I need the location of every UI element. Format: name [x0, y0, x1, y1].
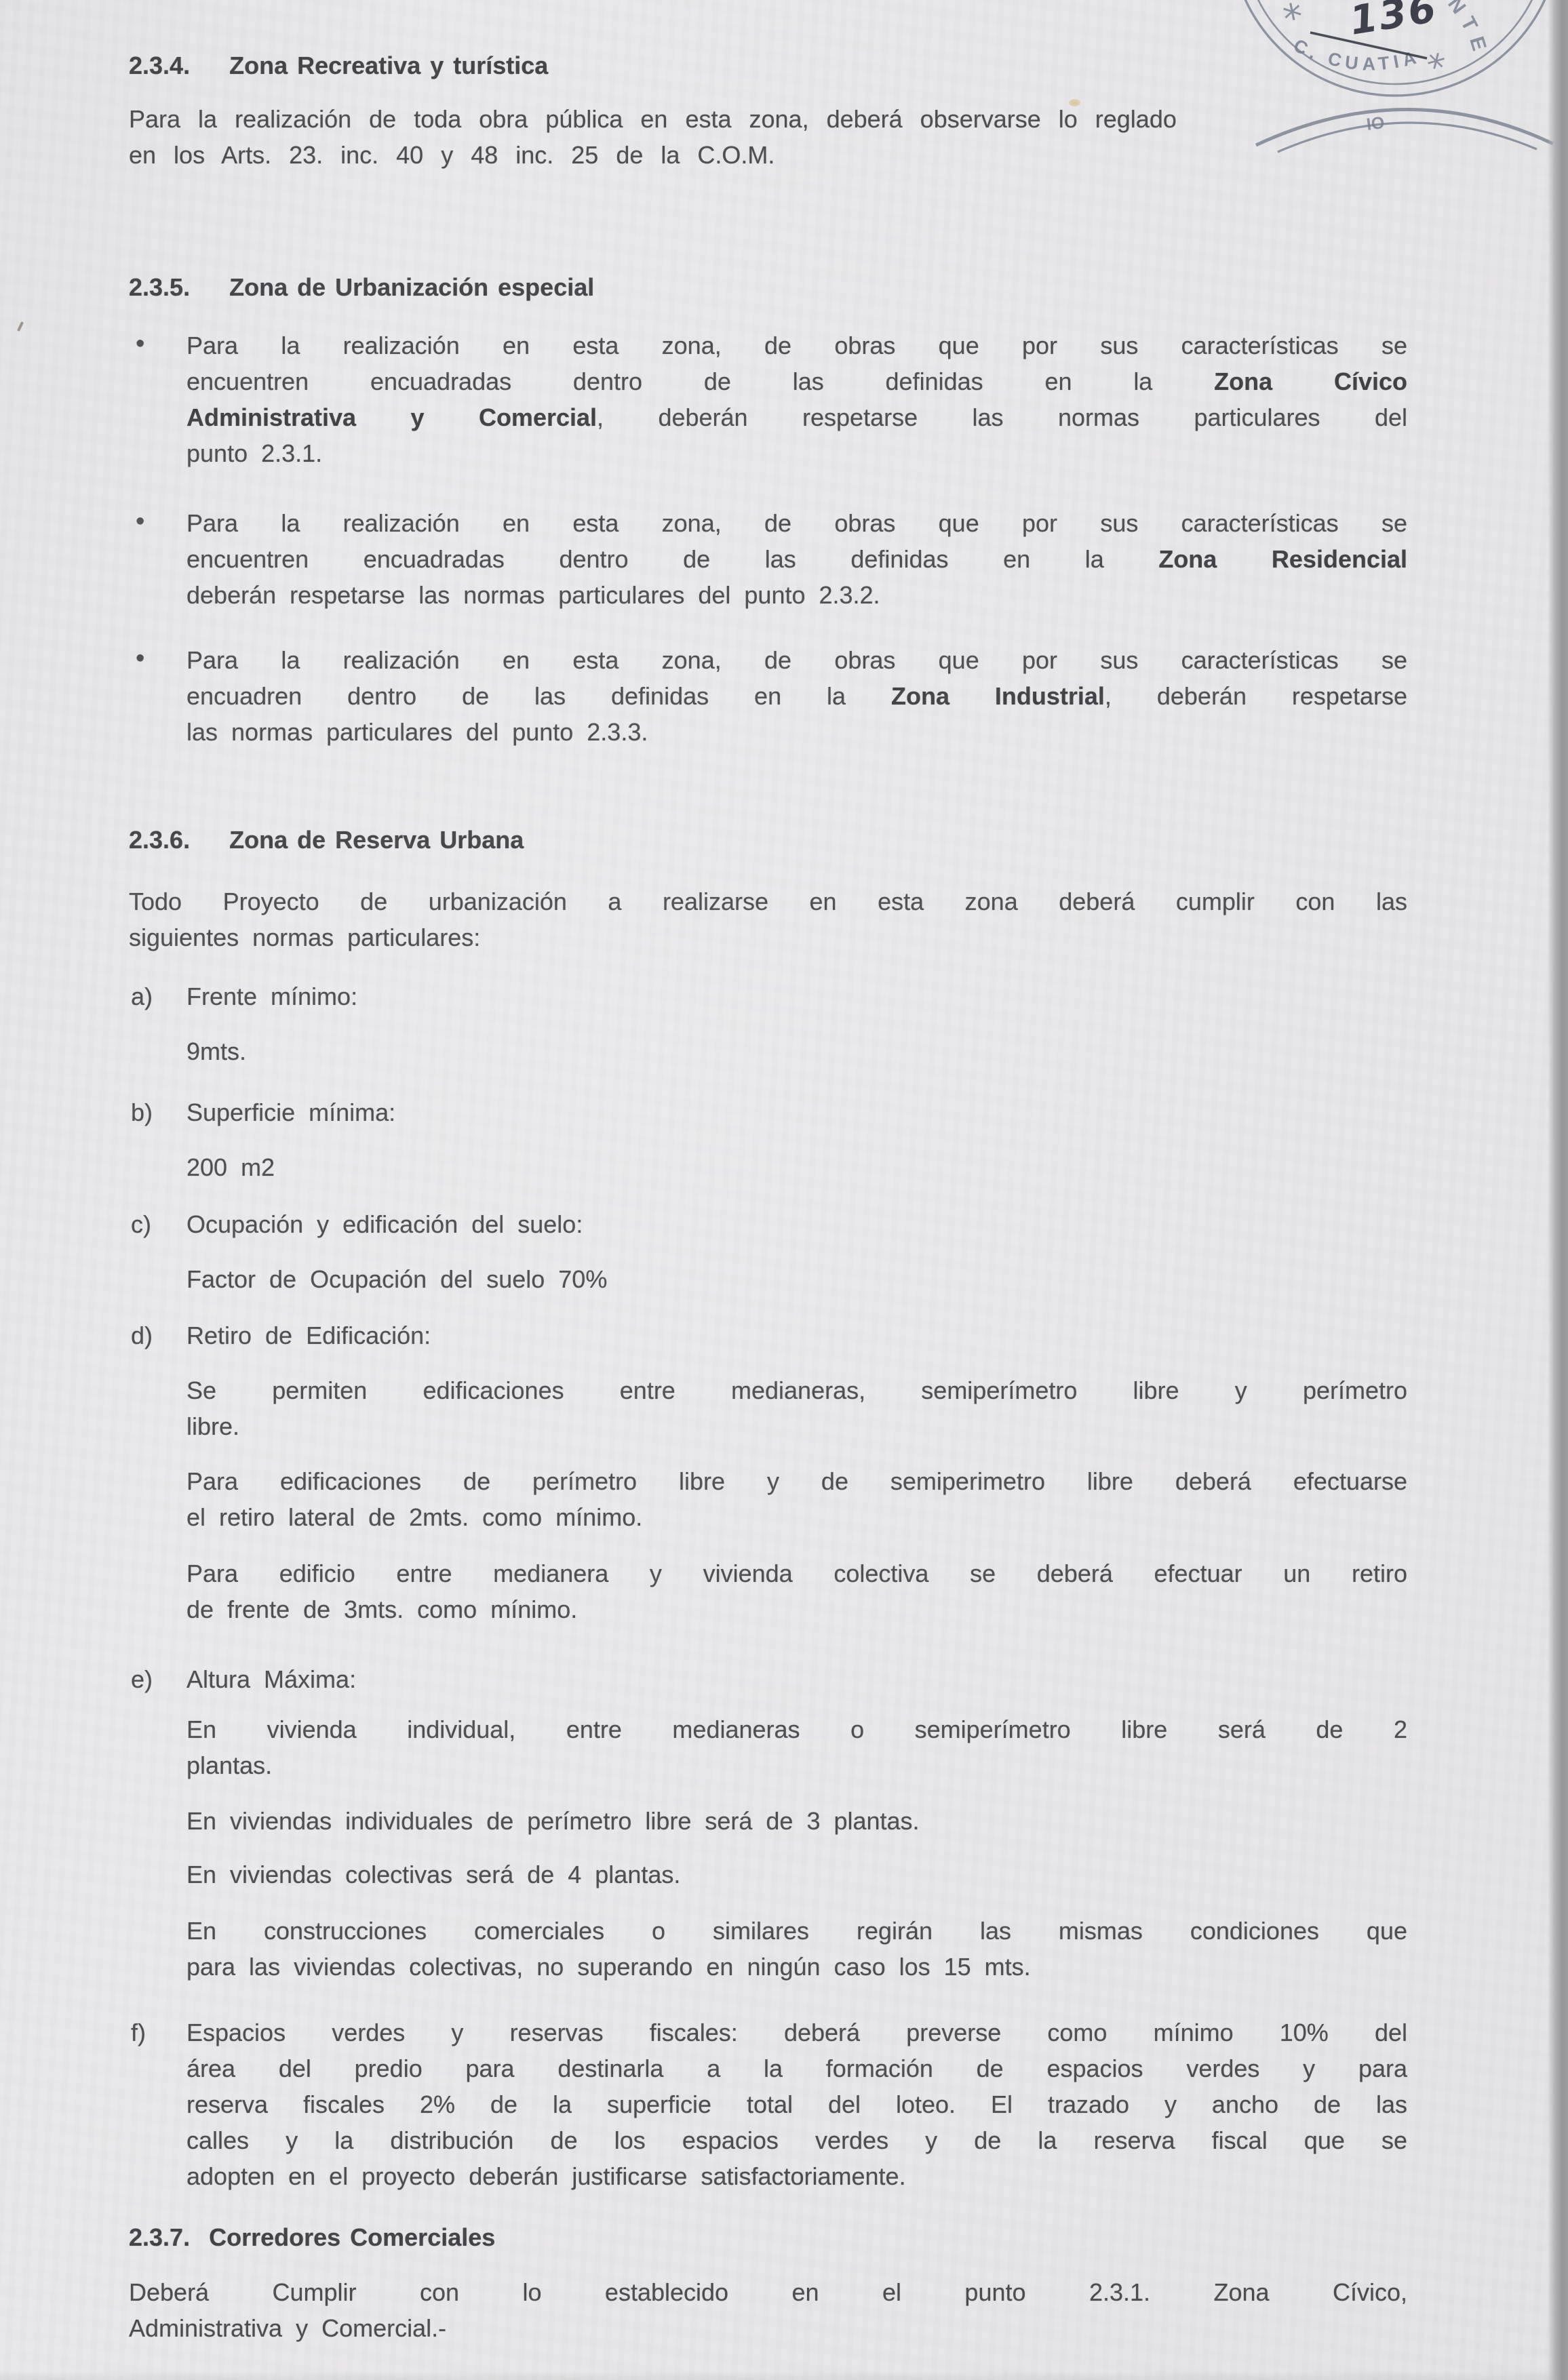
second-stamp-arc-outer — [1256, 109, 1553, 145]
paragraph-line: En construcciones comerciales o similare… — [187, 1913, 1407, 1949]
paragraph-234: Para la realización de toda obra pública… — [129, 101, 1282, 173]
paper-mark — [17, 321, 24, 332]
list-letter: e) — [131, 1661, 153, 1697]
paragraph-line: Para la realización en esta zona, de obr… — [187, 328, 1407, 363]
paragraph-line: Se permiten edificaciones entre medianer… — [187, 1372, 1407, 1408]
paragraph-line: en los Arts. 23. inc. 40 y 48 inc. 25 de… — [129, 137, 1282, 173]
section-number: 2.3.7. — [129, 2219, 190, 2255]
scan-page-edge — [1548, 0, 1568, 2380]
paragraph-line: Para edificio entre medianera y vivienda… — [187, 1555, 1407, 1591]
document-body: 2.3.4. Zona Recreativa y turística Para … — [129, 47, 1407, 2346]
bullet-item: • Para la realización en esta zona, de o… — [129, 505, 1407, 613]
second-stamp-arc-inner — [1278, 123, 1537, 152]
list-label: Superficie mínima: — [187, 1094, 1407, 1130]
paragraph-line: de frente de 3mts. como mínimo. — [187, 1591, 1407, 1627]
scanned-page: { "colors": { "paper": "#e9e8ea", "ink":… — [0, 0, 1568, 2380]
section-heading-235: 2.3.5. Zona de Urbanización especial — [129, 269, 1407, 305]
list-paragraph: En viviendas individuales de perímetro l… — [187, 1803, 1407, 1839]
paragraph-237: Deberá Cumplir con lo establecido en el … — [129, 2274, 1407, 2346]
section-number: 2.3.6. — [129, 822, 190, 858]
section-heading-234: 2.3.4. Zona Recreativa y turística — [129, 47, 1407, 83]
paragraph-line: punto 2.3.1. — [187, 435, 1407, 471]
section-title: Zona de Urbanización especial — [229, 273, 594, 301]
section-title: Corredores Comerciales — [209, 2223, 495, 2251]
list-paragraph: Para edificaciones de perímetro libre y … — [187, 1463, 1407, 1535]
paper-speck — [1069, 99, 1080, 106]
list-item-d: d) Retiro de Edificación: Se permiten ed… — [129, 1317, 1407, 1627]
paragraph-line: Para edificaciones de perímetro libre y … — [187, 1463, 1407, 1499]
list-letter: f) — [131, 2015, 146, 2050]
paragraph-line: Todo Proyecto de urbanización a realizar… — [129, 884, 1407, 919]
paragraph-line: encuadren dentro de las definidas en la … — [187, 678, 1407, 714]
list-paragraph: En viviendas colectivas será de 4 planta… — [187, 1857, 1407, 1892]
paragraph-line: adopten en el proyecto deberán justifica… — [187, 2158, 1407, 2194]
list-label: Frente mínimo: — [187, 978, 1407, 1014]
paragraph-line: Para la realización en esta zona, de obr… — [187, 642, 1407, 678]
bullet-item: • Para la realización en esta zona, de o… — [129, 642, 1407, 750]
list-paragraph: En construcciones comerciales o similare… — [187, 1913, 1407, 1985]
handwritten-folio-number: 136 — [1347, 0, 1441, 44]
section-number: 2.3.4. — [129, 47, 190, 83]
second-stamp-fragment-text: IO — [1365, 113, 1386, 134]
list-paragraph: En vivienda individual, entre medianeras… — [187, 1711, 1407, 1783]
bullet-marker: • — [136, 326, 144, 362]
paragraph-line: Administrativa y Comercial, deberán resp… — [187, 399, 1407, 435]
paragraph-line: Administrativa y Comercial.- — [129, 2310, 1407, 2346]
paragraph-line: plantas. — [187, 1747, 1407, 1783]
official-stamp-icon: C. CUATIA NTE * * IO 136 — [1237, 0, 1556, 173]
scan-bottom-shadow — [0, 2371, 1568, 2380]
paragraph-line: Deberá Cumplir con lo establecido en el … — [129, 2274, 1407, 2310]
stamp-star-right-icon: * — [1421, 45, 1448, 90]
bullet-marker: • — [136, 641, 144, 677]
list-paragraph: Para edificio entre medianera y vivienda… — [187, 1555, 1407, 1627]
paragraph-line: calles y la distribución de los espacios… — [187, 2122, 1407, 2158]
paragraph-line: el retiro lateral de 2mts. como mínimo. — [187, 1499, 1407, 1535]
list-paragraph: Se permiten edificaciones entre medianer… — [187, 1372, 1407, 1444]
paragraph-line: encuentren encuadradas dentro de las def… — [187, 541, 1407, 577]
list-letter: d) — [131, 1317, 153, 1353]
paragraph-line: En vivienda individual, entre medianeras… — [187, 1711, 1407, 1747]
stamp-ring-text: NTE — [1443, 0, 1493, 60]
list-letter: c) — [131, 1206, 151, 1242]
section-title: Zona de Reserva Urbana — [229, 826, 524, 854]
paragraph-line: encuentren encuadradas dentro de las def… — [187, 363, 1407, 399]
paragraph-line: Para la realización en esta zona, de obr… — [187, 505, 1407, 541]
section-heading-236: 2.3.6. Zona de Reserva Urbana — [129, 822, 1407, 858]
paragraph-line: reserva fiscales 2% de la superficie tot… — [187, 2086, 1407, 2122]
list-item-f: f) Espacios verdes y reservas fiscales: … — [129, 2015, 1407, 2194]
list-value: Factor de Ocupación del suelo 70% — [187, 1261, 1407, 1297]
section-number: 2.3.5. — [129, 269, 190, 305]
list-item-e: e) Altura Máxima: En vivienda individual… — [129, 1661, 1407, 1985]
paragraph-line: las normas particulares del punto 2.3.3. — [187, 714, 1407, 750]
paragraph-236-intro: Todo Proyecto de urbanización a realizar… — [129, 884, 1407, 955]
section-title: Zona Recreativa y turística — [229, 52, 548, 79]
paragraph-line: para las viviendas colectivas, no supera… — [187, 1949, 1407, 1985]
list-letter: b) — [131, 1094, 153, 1130]
paragraph-line: Para la realización de toda obra pública… — [129, 101, 1282, 137]
list-item-a: a) Frente mínimo: 9mts. — [129, 978, 1407, 1069]
list-label: Altura Máxima: — [187, 1661, 1407, 1697]
bullet-marker: • — [136, 504, 144, 540]
section-heading-237: 2.3.7. Corredores Comerciales — [129, 2219, 1407, 2255]
paragraph-line: siguientes normas particulares: — [129, 919, 1407, 955]
list-letter: a) — [131, 978, 153, 1014]
paragraph-line: deberán respetarse las normas particular… — [187, 577, 1407, 613]
list-item-c: c) Ocupación y edificación del suelo: Fa… — [129, 1206, 1407, 1297]
paragraph-line: Espacios verdes y reservas fiscales: deb… — [187, 2015, 1407, 2050]
list-label: Ocupación y edificación del suelo: — [187, 1206, 1407, 1242]
paragraph-line: área del predio para destinarla a la for… — [187, 2050, 1407, 2086]
list-value: 200 m2 — [187, 1149, 1407, 1185]
list-value: 9mts. — [187, 1033, 1407, 1069]
bullet-item: • Para la realización en esta zona, de o… — [129, 328, 1407, 471]
list-label: Retiro de Edificación: — [187, 1317, 1407, 1353]
paragraph-line: libre. — [187, 1408, 1407, 1444]
list-item-b: b) Superficie mínima: 200 m2 — [129, 1094, 1407, 1185]
